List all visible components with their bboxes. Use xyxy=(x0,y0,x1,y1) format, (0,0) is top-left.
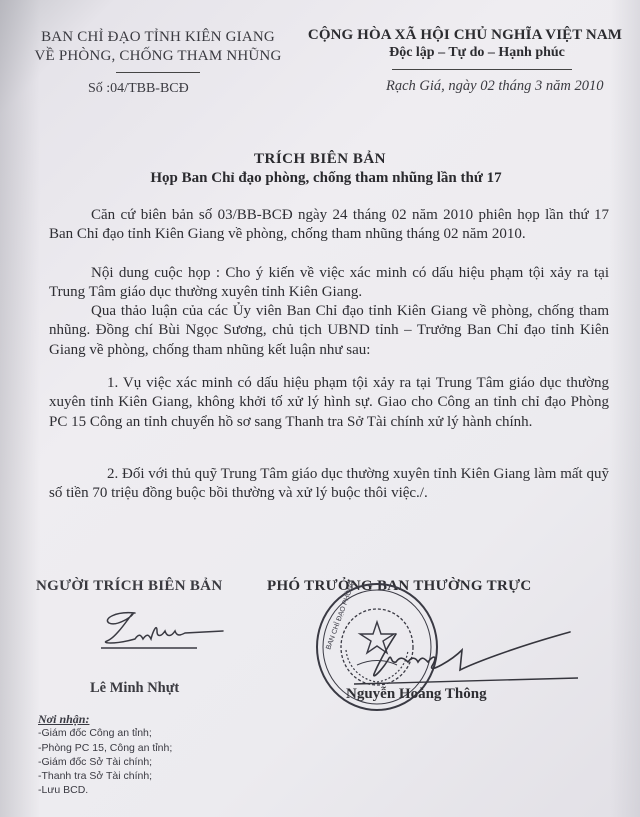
paragraph-text: Qua thảo luận của các Ủy viên Ban Chỉ đạ… xyxy=(49,302,609,360)
national-motto: Độc lập – Tự do – Hạnh phúc xyxy=(300,45,630,61)
paragraph-text: Nội dung cuộc họp : Cho ý kiến về việc x… xyxy=(49,264,609,303)
agency-line-2: VỀ PHÒNG, CHỐNG THAM NHŨNG xyxy=(28,47,288,66)
header-divider-left xyxy=(116,72,200,73)
document-number: Số :04/TBB-BCĐ xyxy=(88,81,189,97)
nation-name: CỘNG HÒA XÃ HỘI CHỦ NGHĨA VIỆT NAM xyxy=(300,27,630,44)
conclusion-item-1: 1. Vụ việc xác minh có dấu hiệu phạm tội… xyxy=(49,374,609,432)
item-text: 1. Vụ việc xác minh có dấu hiệu phạm tội… xyxy=(49,374,609,432)
recipients-list: Nơi nhận: -Giám đốc Công an tỉnh; -Phòng… xyxy=(38,712,172,798)
recipients-heading: Nơi nhận: xyxy=(38,712,172,726)
header-divider-right xyxy=(392,69,572,70)
agency-line-1: BAN CHỈ ĐẠO TỈNH KIÊN GIANG xyxy=(28,28,288,47)
signer-left-title: NGƯỜI TRÍCH BIÊN BẢN xyxy=(36,578,222,595)
paper-shadow-left xyxy=(0,0,40,817)
conclusion-item-2: 2. Đối với thủ quỹ Trung Tâm giáo dục th… xyxy=(49,465,609,504)
paper-shadow-right xyxy=(610,0,640,817)
item-text: 2. Đối với thủ quỹ Trung Tâm giáo dục th… xyxy=(49,465,609,504)
signature-right-icon xyxy=(352,630,582,690)
document-subtitle: Họp Ban Chỉ đạo phòng, chống tham nhũng … xyxy=(0,170,640,187)
body-paragraph-3: Qua thảo luận của các Ủy viên Ban Chỉ đạ… xyxy=(49,302,609,360)
recipient-item: -Giám đốc Công an tỉnh; xyxy=(38,726,172,740)
body-paragraph-2: Nội dung cuộc họp : Cho ý kiến về việc x… xyxy=(49,264,609,303)
signer-right-name: Nguyễn Hoàng Thông xyxy=(346,686,487,703)
agency-header: BAN CHỈ ĐẠO TỈNH KIÊN GIANG VỀ PHÒNG, CH… xyxy=(28,28,288,73)
recipient-item: -Phòng PC 15, Công an tỉnh; xyxy=(38,741,172,755)
paragraph-text: Căn cứ biên bản số 03/BB-BCĐ ngày 24 thá… xyxy=(49,206,609,245)
body-paragraph-1: Căn cứ biên bản số 03/BB-BCĐ ngày 24 thá… xyxy=(49,206,609,245)
place-date: Rạch Giá, ngày 02 tháng 3 năm 2010 xyxy=(386,78,603,95)
signature-left-icon xyxy=(95,605,235,650)
national-header: CỘNG HÒA XÃ HỘI CHỦ NGHĨA VIỆT NAM Độc l… xyxy=(300,27,630,70)
recipient-item: -Thanh tra Sở Tài chính; xyxy=(38,769,172,783)
recipient-item: -Giám đốc Sở Tài chính; xyxy=(38,755,172,769)
signer-left-name: Lê Minh Nhựt xyxy=(90,680,179,697)
document-title: TRÍCH BIÊN BẢN xyxy=(0,151,640,168)
recipient-item: -Lưu BCD. xyxy=(38,783,172,797)
